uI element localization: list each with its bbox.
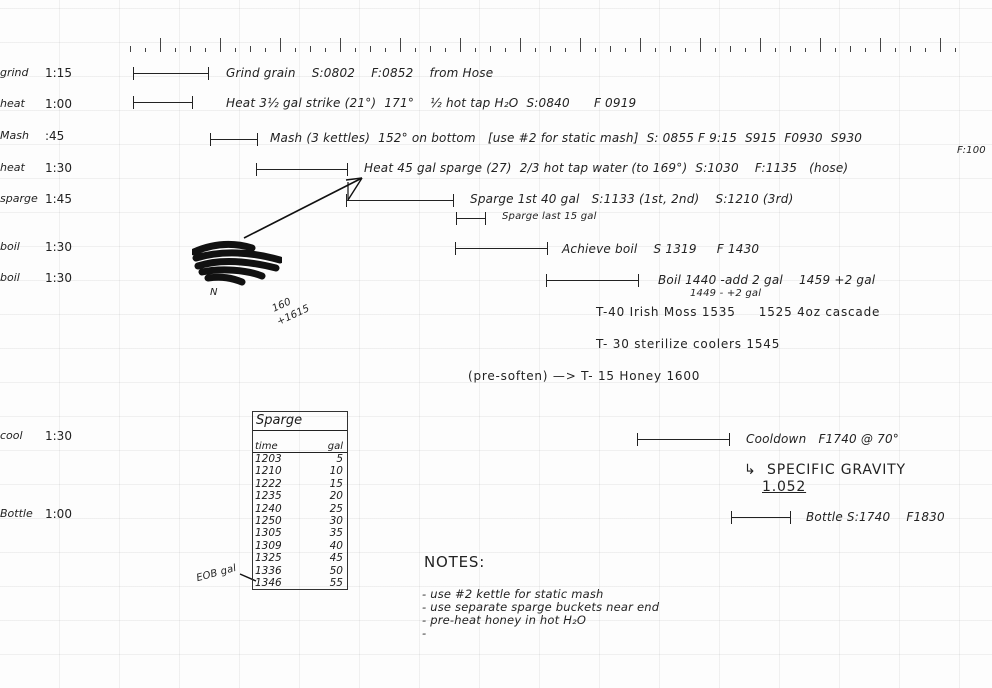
time-cell: 1240 bbox=[255, 503, 282, 515]
table-row: 121010 bbox=[253, 465, 347, 477]
arrow-lines bbox=[0, 0, 992, 688]
table-row: 123520 bbox=[253, 490, 347, 502]
scanned-page: grind1:15heat1:00Mash:45heat1:30sparge1:… bbox=[0, 0, 992, 688]
table-row: 134655 bbox=[253, 577, 347, 589]
gal-cell: 5 bbox=[336, 453, 343, 465]
gal-cell: 15 bbox=[330, 478, 343, 490]
time-cell: 1309 bbox=[255, 540, 282, 552]
gal-cell: 40 bbox=[330, 540, 343, 552]
time-cell: 1210 bbox=[255, 465, 282, 477]
time-cell: 1305 bbox=[255, 527, 282, 539]
sparge-table-rows: 1203512101012221512352012402512503013053… bbox=[253, 453, 347, 589]
gal-cell: 30 bbox=[330, 515, 343, 527]
notes-title: NOTES: bbox=[424, 553, 485, 571]
table-row: 133650 bbox=[253, 565, 347, 577]
gal-cell: 55 bbox=[330, 577, 343, 589]
table-row: 130535 bbox=[253, 527, 347, 539]
time-cell: 1336 bbox=[255, 565, 282, 577]
sparge-table-header: time gal bbox=[253, 431, 347, 453]
table-row: 12035 bbox=[253, 453, 347, 465]
table-row: 124025 bbox=[253, 503, 347, 515]
time-cell: 1346 bbox=[255, 577, 282, 589]
gal-cell: 25 bbox=[330, 503, 343, 515]
gal-cell: 20 bbox=[330, 490, 343, 502]
table-row: 130940 bbox=[253, 540, 347, 552]
gal-cell: 45 bbox=[330, 552, 343, 564]
sparge-table: Sparge time gal 120351210101222151235201… bbox=[252, 411, 348, 590]
gal-cell: 10 bbox=[330, 465, 343, 477]
time-cell: 1235 bbox=[255, 490, 282, 502]
note-item: - pre-heat honey in hot H₂O bbox=[422, 614, 659, 627]
time-cell: 1325 bbox=[255, 552, 282, 564]
time-cell: 1203 bbox=[255, 453, 282, 465]
table-row: 132545 bbox=[253, 552, 347, 564]
table-row: 125030 bbox=[253, 515, 347, 527]
note-item: - bbox=[422, 627, 659, 640]
time-cell: 1250 bbox=[255, 515, 282, 527]
gal-cell: 50 bbox=[330, 565, 343, 577]
gal-cell: 35 bbox=[330, 527, 343, 539]
table-row: 122215 bbox=[253, 478, 347, 490]
sparge-table-title: Sparge bbox=[253, 412, 347, 431]
time-cell: 1222 bbox=[255, 478, 282, 490]
notes-list: - use #2 kettle for static mash- use sep… bbox=[422, 588, 659, 640]
